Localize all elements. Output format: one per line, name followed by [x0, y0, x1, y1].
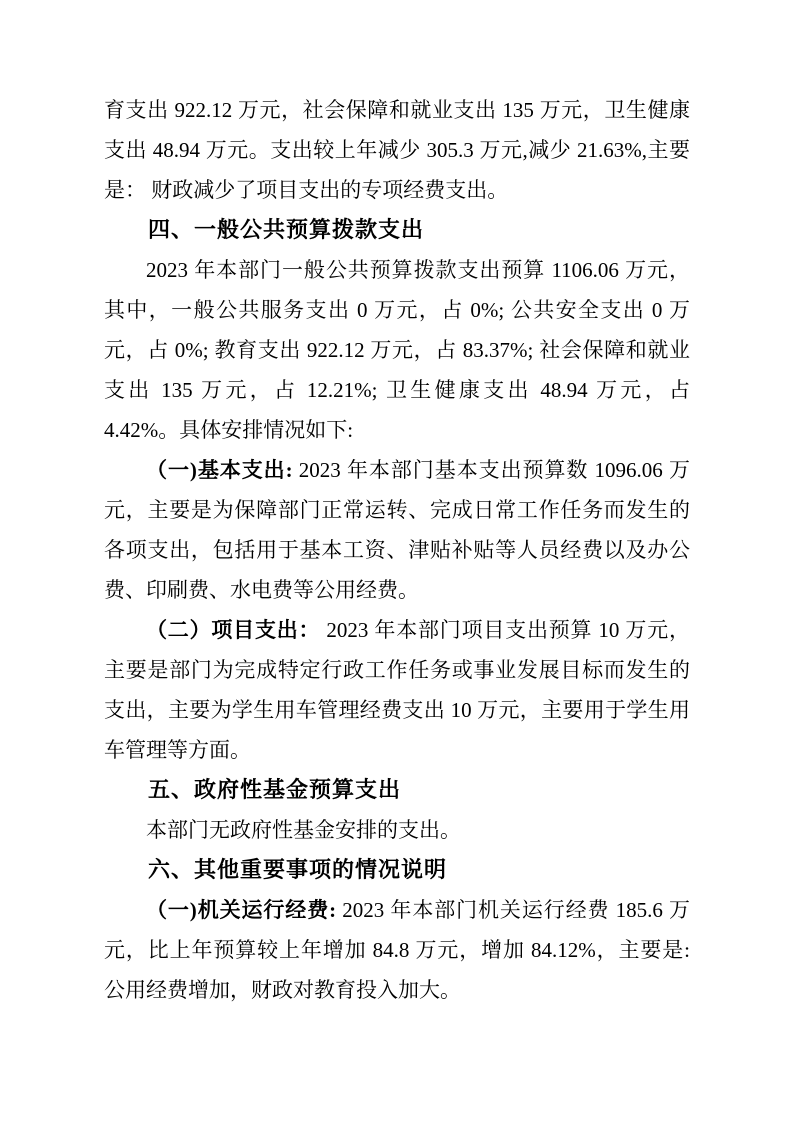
paragraph-lead: （一)基本支出: — [146, 458, 299, 482]
paragraph: （二）项目支出： 2023 年本部门项目支出预算 10 万元，主要是部门为完成特… — [104, 610, 690, 770]
section-heading: 五、政府性基金预算支出 — [104, 770, 690, 810]
paragraph: 本部门无政府性基金安排的支出。 — [104, 810, 690, 850]
paragraph-lead: （二）项目支出： — [146, 618, 326, 642]
paragraph: 2023 年本部门一般公共预算拨款支出预算 1106.06 万元，其中，一般公共… — [104, 250, 690, 450]
paragraph: 育支出 922.12 万元，社会保障和就业支出 135 万元，卫生健康支出 48… — [104, 90, 690, 210]
section-heading: 四、一般公共预算拨款支出 — [104, 210, 690, 250]
document-content: 育支出 922.12 万元，社会保障和就业支出 135 万元，卫生健康支出 48… — [104, 90, 690, 1010]
paragraph: （一)机关运行经费: 2023 年本部门机关运行经费 185.6 万元，比上年预… — [104, 890, 690, 1010]
document-page: 育支出 922.12 万元，社会保障和就业支出 135 万元，卫生健康支出 48… — [0, 0, 793, 1122]
paragraph-lead: （一)机关运行经费: — [146, 898, 342, 922]
section-heading: 六、其他重要事项的情况说明 — [104, 850, 690, 890]
paragraph: （一)基本支出: 2023 年本部门基本支出预算数 1096.06 万元，主要是… — [104, 450, 690, 610]
